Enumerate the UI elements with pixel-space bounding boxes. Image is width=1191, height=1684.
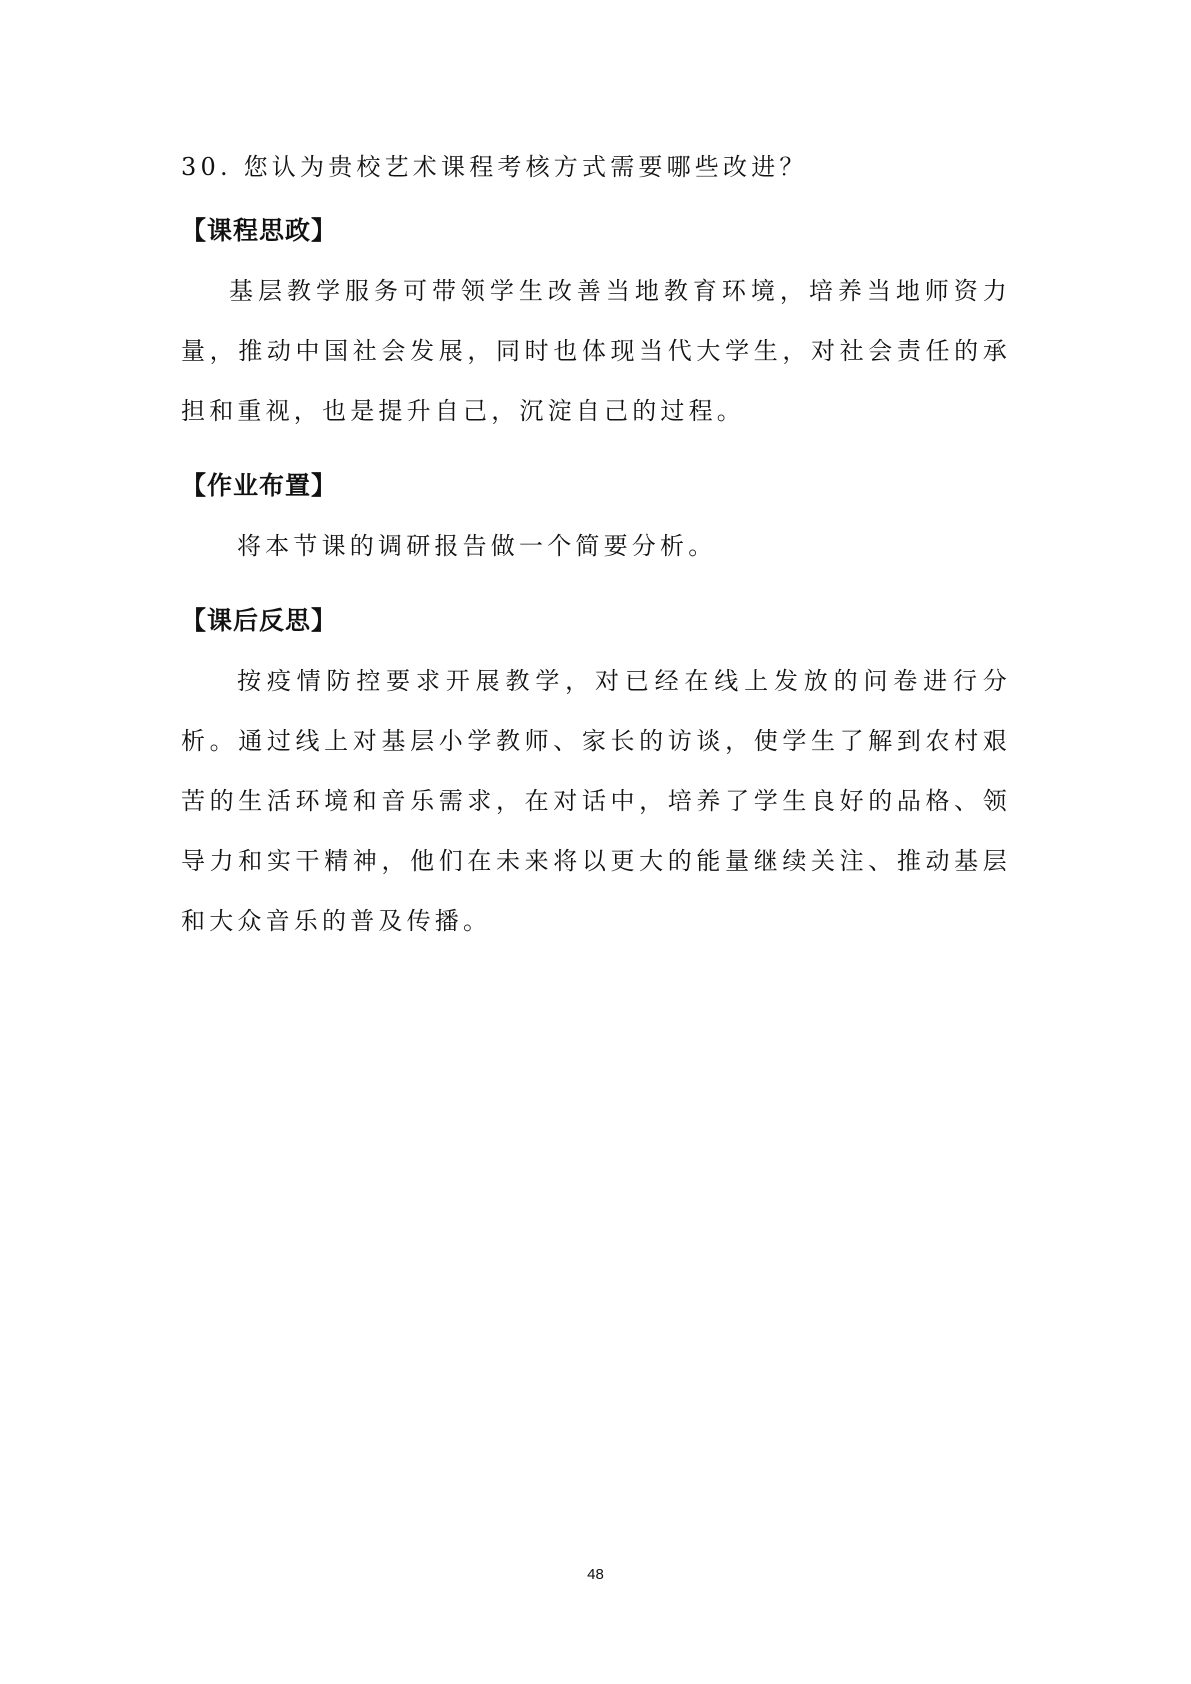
survey-question-30: 30. 您认为贵校艺术课程考核方式需要哪些改进？ <box>181 152 1011 182</box>
section-heading-ideological-education: 【课程思政】 <box>181 216 1011 246</box>
section-heading-reflection: 【课后反思】 <box>181 606 1011 636</box>
document-page: 30. 您认为贵校艺术课程考核方式需要哪些改进？ 【课程思政】 基层教学服务可带… <box>0 0 1191 1684</box>
page-number: 48 <box>0 1566 1191 1583</box>
section-paragraph-reflection: 按疫情防控要求开展教学，对已经在线上发放的问卷进行分析。通过线上对基层小学教师、… <box>181 651 1011 951</box>
page-content: 30. 您认为贵校艺术课程考核方式需要哪些改进？ 【课程思政】 基层教学服务可带… <box>181 152 1011 981</box>
section-heading-homework: 【作业布置】 <box>181 471 1011 501</box>
section-paragraph-homework: 将本节课的调研报告做一个简要分析。 <box>181 516 1011 576</box>
section-paragraph-ideological-education: 基层教学服务可带领学生改善当地教育环境，培养当地师资力量，推动中国社会发展，同时… <box>181 261 1011 441</box>
